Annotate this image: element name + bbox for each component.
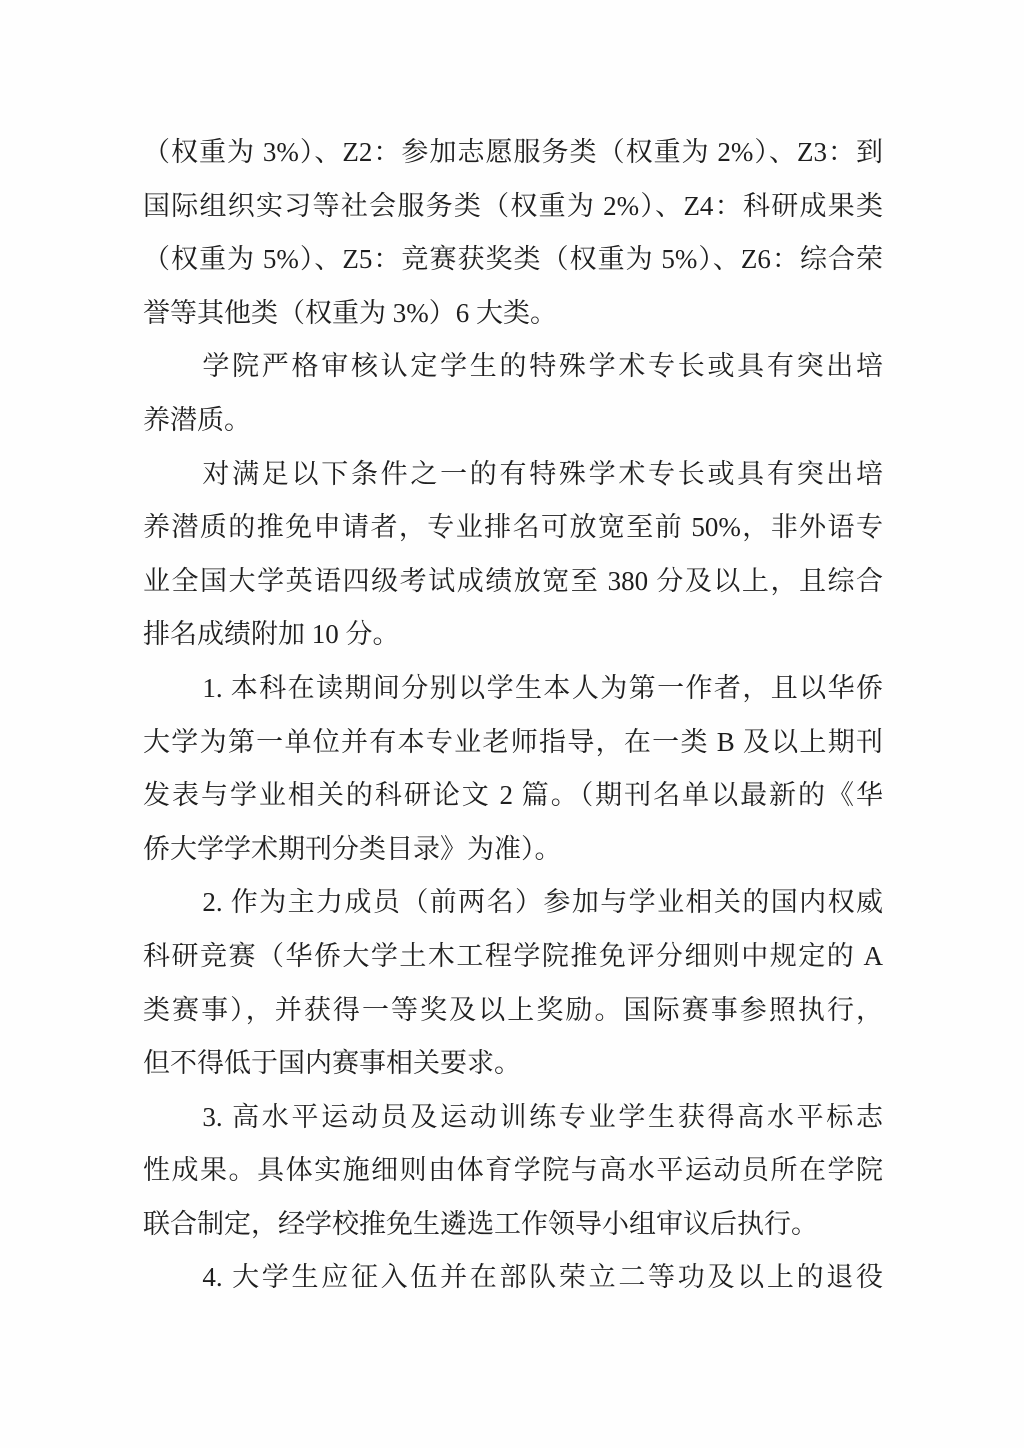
text-line: 科研竞赛（华侨大学土木工程学院推免评分细则中规定的 A (143, 930, 883, 984)
text-line: 排名成绩附加 10 分。 (143, 608, 883, 662)
text-line: 养潜质的推免申请者，专业排名可放宽至前 50%，非外语专 (143, 501, 883, 555)
text-line: 誉等其他类（权重为 3%）6 大类。 (143, 287, 883, 341)
text-line: 国际组织实习等社会服务类（权重为 2%）、Z4：科研成果类 (143, 180, 883, 234)
text-line: 类赛事），并获得一等奖及以上奖励。国际赛事参照执行， (143, 984, 883, 1038)
text-line: 3. 高水平运动员及运动训练专业学生获得高水平标志 (143, 1091, 883, 1145)
text-line: （权重为 3%）、Z2：参加志愿服务类（权重为 2%）、Z3：到 (143, 126, 883, 180)
text-line: 大学为第一单位并有本专业老师指导，在一类 B 及以上期刊 (143, 716, 883, 770)
text-line: 业全国大学英语四级考试成绩放宽至 380 分及以上，且综合 (143, 555, 883, 609)
text-line: 联合制定，经学校推免生遴选工作领导小组审议后执行。 (143, 1198, 883, 1252)
text-line: 4. 大学生应征入伍并在部队荣立二等功及以上的退役 (143, 1251, 883, 1305)
text-line: 但不得低于国内赛事相关要求。 (143, 1037, 883, 1091)
text-line: 2. 作为主力成员（前两名）参加与学业相关的国内权威 (143, 876, 883, 930)
document-text-block: （权重为 3%）、Z2：参加志愿服务类（权重为 2%）、Z3：到国际组织实习等社… (143, 126, 883, 1305)
text-line: 对满足以下条件之一的有特殊学术专长或具有突出培 (143, 448, 883, 502)
text-line: 侨大学学术期刊分类目录》为准）。 (143, 823, 883, 877)
document-page: （权重为 3%）、Z2：参加志愿服务类（权重为 2%）、Z3：到国际组织实习等社… (0, 0, 1024, 1448)
text-line: 发表与学业相关的科研论文 2 篇。（期刊名单以最新的《华 (143, 769, 883, 823)
text-line: 1. 本科在读期间分别以学生本人为第一作者，且以华侨 (143, 662, 883, 716)
text-line: 养潜质。 (143, 394, 883, 448)
text-line: （权重为 5%）、Z5：竞赛获奖类（权重为 5%）、Z6：综合荣 (143, 233, 883, 287)
text-line: 学院严格审核认定学生的特殊学术专长或具有突出培 (143, 340, 883, 394)
text-line: 性成果。具体实施细则由体育学院与高水平运动员所在学院 (143, 1144, 883, 1198)
